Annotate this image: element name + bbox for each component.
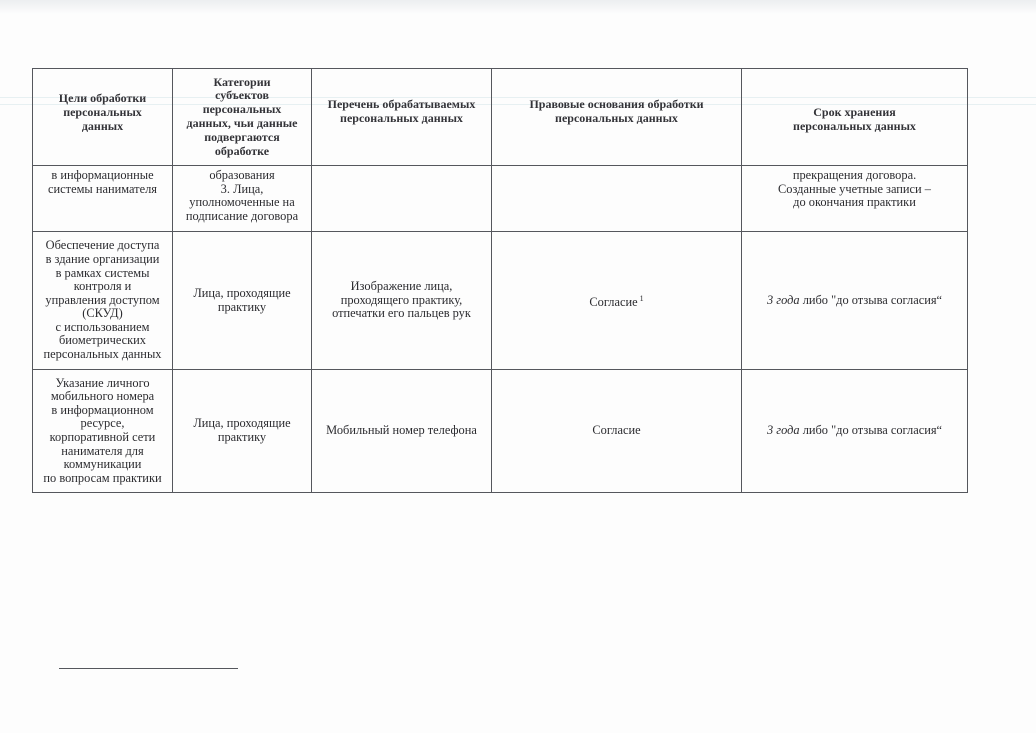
cell-text-line: персональных данных: [745, 120, 964, 134]
cell-text-line: практику: [176, 431, 308, 445]
retention-condition: либо "до отзыва согласия“: [800, 293, 942, 307]
cell-text-line: корпоративной сети: [36, 431, 169, 445]
cell-text-line: до окончания практики: [745, 196, 964, 210]
cell-text-line: системы нанимателя: [36, 183, 169, 197]
cell-subjects: образования3. Лица,уполномоченные наподп…: [173, 166, 312, 232]
header-legal-basis: Правовые основания обработкиперсональных…: [492, 69, 742, 166]
footnote-reference[interactable]: 1: [640, 294, 644, 303]
cell-retention: 3 года либо "до отзыва согласия“: [742, 370, 968, 493]
cell-text-line: обработке: [176, 145, 308, 159]
cell-text-line: образования: [176, 169, 308, 183]
table-row: Указание личногомобильного номерав инфор…: [33, 370, 968, 493]
cell-text-line: контроля и: [36, 280, 169, 294]
cell-text-line: персональных данных: [36, 348, 169, 362]
cell-text-line: Указание личного: [36, 377, 169, 391]
retention-term: 3 года: [767, 293, 800, 307]
legal-basis-text: Согласие: [589, 295, 637, 309]
cell-text-line: Мобильный номер телефона: [315, 424, 488, 438]
table-header-row: Цели обработкиперсональныхданных Категор…: [33, 69, 968, 166]
cell-text-line: данных, чьи данные: [176, 117, 308, 131]
header-subject-categories: Категориисубъектовперсональныхданных, чь…: [173, 69, 312, 166]
cell-text-line: подвергаются: [176, 131, 308, 145]
cell-text-line: Лица, проходящие: [176, 417, 308, 431]
cell-text-line: Обеспечение доступа: [36, 239, 169, 253]
header-purpose: Цели обработкиперсональныхданных: [33, 69, 173, 166]
footnote-separator: [59, 668, 238, 669]
cell-retention: прекращения договора.Созданные учетные з…: [742, 166, 968, 232]
cell-text-line: проходящего практику,: [315, 294, 488, 308]
cell-text-line: Созданные учетные записи –: [745, 183, 964, 197]
cell-text-line: нанимателя для: [36, 445, 169, 459]
cell-text-line: управления доступом: [36, 294, 169, 308]
cell-text-line: субъектов: [176, 89, 308, 103]
cell-text-line: биометрических: [36, 334, 169, 348]
table-row: в информационныесистемы нанимателя образ…: [33, 166, 968, 232]
cell-text-line: прекращения договора.: [745, 169, 964, 183]
cell-text-line: ресурсе,: [36, 417, 169, 431]
cell-retention: 3 года либо "до отзыва согласия“: [742, 232, 968, 370]
cell-text-line: персональных данных: [495, 112, 738, 126]
scan-artifact-band: [0, 0, 1036, 14]
cell-text-line: в рамках системы: [36, 267, 169, 281]
cell-text-line: Правовые основания обработки: [495, 98, 738, 112]
cell-text-line: 3. Лица,: [176, 183, 308, 197]
cell-text-line: в информационном: [36, 404, 169, 418]
cell-text-line: отпечатки его пальцев рук: [315, 307, 488, 321]
cell-text-line: персональных: [176, 103, 308, 117]
cell-text-line: с использованием: [36, 321, 169, 335]
cell-purpose: Обеспечение доступав здание организациив…: [33, 232, 173, 370]
cell-text-line: Цели обработки: [36, 92, 169, 106]
legal-basis-text: Согласие: [592, 423, 640, 437]
cell-text-line: Изображение лица,: [315, 280, 488, 294]
cell-text-line: мобильного номера: [36, 390, 169, 404]
cell-text-line: по вопросам практики: [36, 472, 169, 486]
cell-text-line: данных: [36, 120, 169, 134]
cell-text-line: в информационные: [36, 169, 169, 183]
cell-text-line: персональных: [36, 106, 169, 120]
cell-legal-basis: [492, 166, 742, 232]
header-data-list: Перечень обрабатываемыхперсональных данн…: [312, 69, 492, 166]
cell-subjects: Лица, проходящиепрактику: [173, 370, 312, 493]
cell-text-line: (СКУД): [36, 307, 169, 321]
cell-legal-basis: Согласие1: [492, 232, 742, 370]
cell-text-line: Срок хранения: [745, 106, 964, 120]
cell-purpose: Указание личногомобильного номерав инфор…: [33, 370, 173, 493]
cell-text-line: Лица, проходящие: [176, 287, 308, 301]
retention-condition: либо "до отзыва согласия“: [800, 423, 942, 437]
cell-text-line: коммуникации: [36, 458, 169, 472]
cell-text-line: Перечень обрабатываемых: [315, 98, 488, 112]
retention-term: 3 года: [767, 423, 800, 437]
header-retention-period: Срок храненияперсональных данных: [742, 69, 968, 166]
cell-legal-basis: Согласие: [492, 370, 742, 493]
cell-data-list: Изображение лица,проходящего практику,от…: [312, 232, 492, 370]
table-row: Обеспечение доступав здание организациив…: [33, 232, 968, 370]
cell-data-list: [312, 166, 492, 232]
cell-data-list: Мобильный номер телефона: [312, 370, 492, 493]
cell-purpose: в информационныесистемы нанимателя: [33, 166, 173, 232]
cell-text-line: практику: [176, 301, 308, 315]
cell-text-line: Категории: [176, 76, 308, 90]
cell-text-line: подписание договора: [176, 210, 308, 224]
cell-subjects: Лица, проходящиепрактику: [173, 232, 312, 370]
personal-data-processing-table: Цели обработкиперсональныхданных Категор…: [32, 68, 968, 493]
cell-text-line: в здание организации: [36, 253, 169, 267]
cell-text-line: персональных данных: [315, 112, 488, 126]
cell-text-line: уполномоченные на: [176, 196, 308, 210]
